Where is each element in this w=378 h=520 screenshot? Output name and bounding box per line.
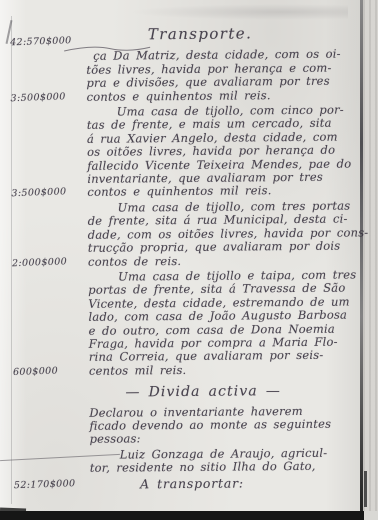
manuscript-line: contos de reis. [88, 253, 362, 269]
scan-smudge [129, 4, 348, 20]
manuscript-line: contos e quinhentos mil reis. [87, 88, 361, 104]
manuscript-line: tor, residente no sitio Ilha do Gato, [90, 460, 364, 476]
page-title: Transporte. [86, 26, 360, 42]
manuscript-text-block: 42:570$000 Transporte. 3:500$000 ça Da M… [0, 26, 364, 493]
debtor-paragraph: Luiz Gonzaga de Araujo, agricul- tor, re… [2, 446, 364, 476]
manuscript-page: 42:570$000 Transporte. 3:500$000 ça Da M… [0, 0, 378, 520]
margin-amount: 3:500$000 [10, 90, 66, 105]
margin-amount: 600$000 [13, 364, 59, 379]
title-row: 42:570$000 Transporte. [0, 26, 360, 49]
manuscript-line: contos e quinhentos mil reis. [87, 184, 361, 200]
ledger-entry: 600$000 Uma casa de tijollo e taipa, com… [0, 268, 363, 378]
scan-edge-right [363, 0, 378, 511]
margin-amount: 3:500$000 [11, 186, 67, 201]
ledger-entry: 2:000$000 Uma casa de tijollo, com tres … [0, 199, 362, 269]
carry-forward-amount: 52:170$000 [14, 477, 76, 493]
declaration-paragraph: Declarou o inventariante haverem ficado … [1, 404, 363, 447]
ledger-entry: 3:500$000 ça Da Matriz, desta cidade, co… [0, 48, 361, 105]
section-heading-row: — Divida activa — [1, 378, 363, 406]
manuscript-line: trucção propria, que avaliaram por dois [88, 240, 362, 256]
carry-forward-label: A transportar: [90, 475, 364, 491]
section-heading: — Divida activa — [89, 378, 363, 405]
scan-bracket-mark [364, 471, 367, 507]
margin-amount: 2:000$000 [12, 255, 68, 270]
manuscript-line: pessoas: [90, 431, 364, 447]
manuscript-line: centos mil reis. [89, 362, 363, 378]
ledger-entry: 3:500$000 Uma casa de tijollo, com cinco… [0, 103, 361, 200]
manuscript-line: rina Correia, que avaliaram por seis- [89, 349, 363, 365]
title-flourish [62, 43, 152, 54]
scan-edge-bottom [0, 511, 364, 520]
carry-forward-row: 52:170$000 A transportar: [2, 475, 364, 492]
